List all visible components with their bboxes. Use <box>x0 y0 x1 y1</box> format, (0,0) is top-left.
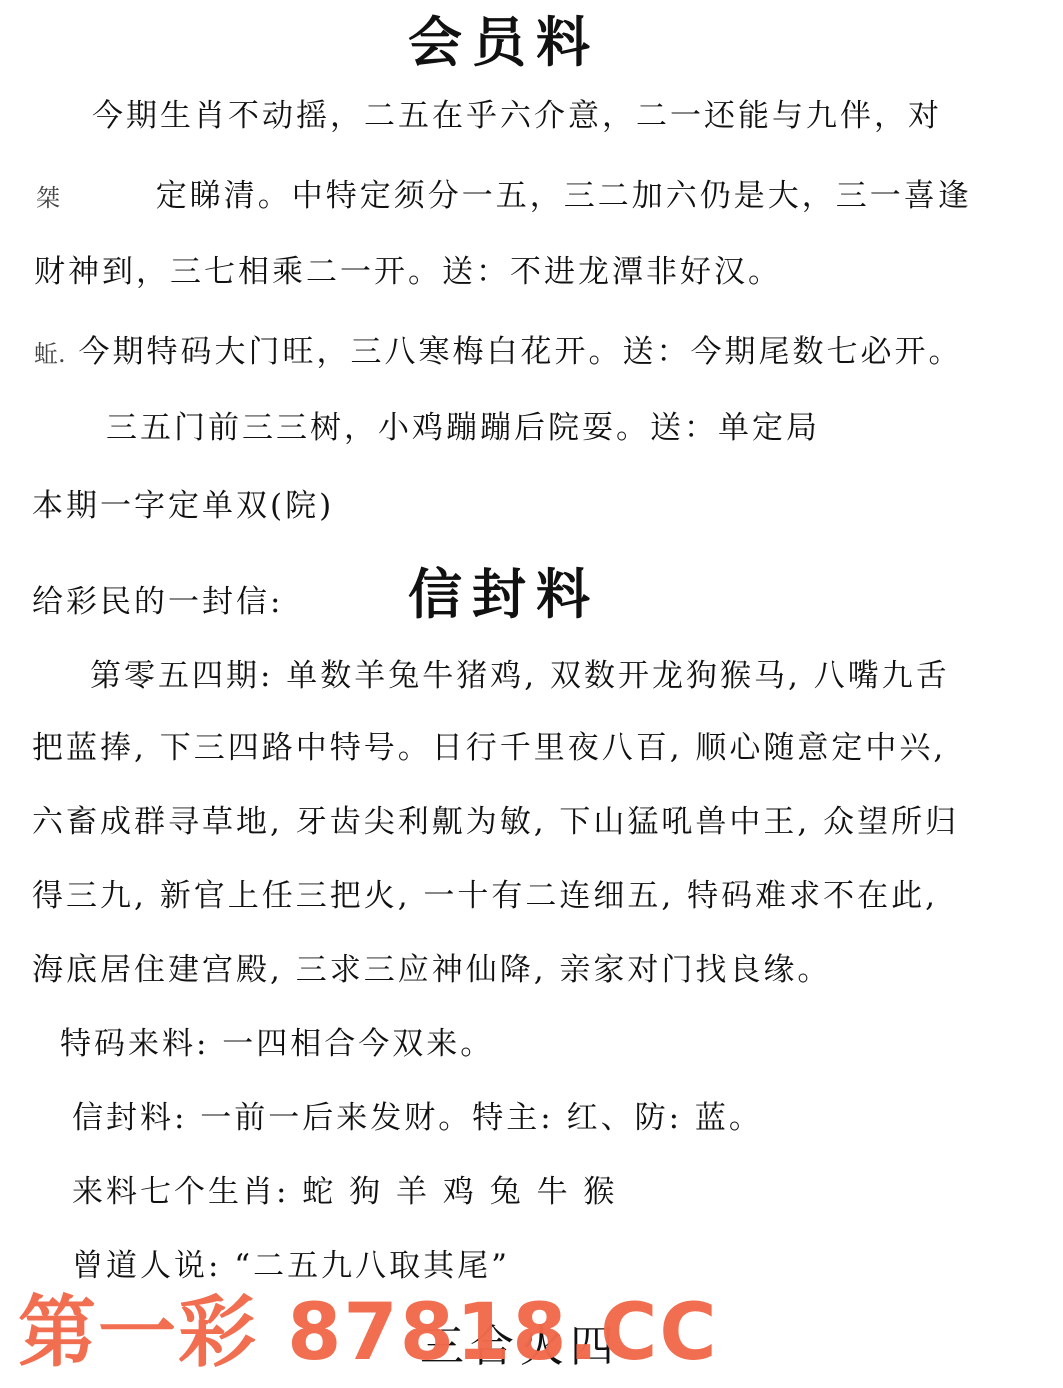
member-line-fragment: 蚯. <box>34 340 66 368</box>
member-line-text: 今期特码大门旺，三八寒梅白花开。送：今期尾数七必开。 <box>79 334 963 370</box>
member-line-text: 三五门前三三树，小鸡蹦蹦后院耍。送：单定局 <box>106 410 820 446</box>
member-line-fragment: 桀 <box>36 184 60 212</box>
member-section-title: 会员料 <box>408 10 600 74</box>
note-quote: 曾道人说: “二五九八取其尾” <box>72 1246 510 1286</box>
member-line-2: 桀 定睇清。中特定须分一五，三二加六仍是大，三一喜逢 <box>36 176 972 218</box>
note-special-code: 特码来料: 一四相合今双来。 <box>60 1024 494 1064</box>
envelope-line-4: 得三九, 新官上任三把火, 一十有二连细五, 特码难求不在此, <box>32 876 938 916</box>
member-line-text: 财神到，三七相乘二一开。送：不进龙潭非好汉。 <box>34 254 782 290</box>
member-line-6: 本期一字定单双(院) <box>32 486 334 526</box>
envelope-line-5: 海底居住建宫殿, 三求三应神仙降, 亲家对门找良缘。 <box>32 950 831 990</box>
envelope-line-2: 把蓝捧, 下三四路中特号。日行千里夜八百, 顺心随意定中兴, <box>32 728 946 768</box>
envelope-line-1: 第零五四期: 单数羊兔牛猪鸡, 双数开龙狗猴马, 八嘴九舌 <box>90 656 950 696</box>
member-line-3: 财神到，三七相乘二一开。送：不进龙潭非好汉。 <box>34 252 782 292</box>
member-line-text: 本期一字定单双(院) <box>32 488 334 524</box>
envelope-line-3: 六畜成群寻草地, 牙齿尖利鼿为敏, 下山猛吼兽中王, 众望所归 <box>32 802 959 842</box>
member-line-text: 今期生肖不动摇，二五在乎六介意，二一还能与九伴，对 <box>92 98 942 134</box>
site-watermark: 第一彩 87818.CC <box>18 1288 719 1378</box>
member-line-text: 定睇清。中特定须分一五，三二加六仍是大，三一喜逢 <box>156 178 972 214</box>
envelope-section-title: 信封料 <box>408 562 600 626</box>
envelope-intro-label: 给彩民的一封信: <box>32 582 283 622</box>
member-line-1: 今期生肖不动摇，二五在乎六介意，二一还能与九伴，对 <box>92 96 942 136</box>
note-envelope-material: 信封料: 一前一后来发财。特主: 红、防: 蓝。 <box>72 1098 763 1138</box>
member-line-4: 蚯. 今期特码大门旺，三八寒梅白花开。送：今期尾数七必开。 <box>34 332 963 374</box>
member-line-5: 三五门前三三树，小鸡蹦蹦后院耍。送：单定局 <box>106 408 820 448</box>
note-seven-zodiacs: 来料七个生肖: 蛇 狗 羊 鸡 兔 牛 猴 <box>72 1172 617 1212</box>
